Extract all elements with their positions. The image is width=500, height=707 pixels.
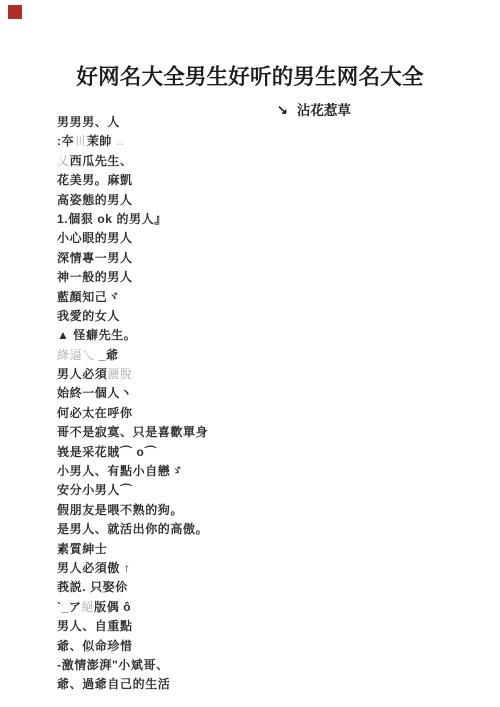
text-segment: 〣 xyxy=(74,134,87,148)
text-segment: ▲ 怪癖先生。 xyxy=(57,328,136,342)
text-segment: 假朋友是喂不熟的狗。 xyxy=(57,503,183,517)
text-line: 峩是采花賊⌒ o⌒ xyxy=(57,443,480,462)
text-segment: 男人必須傲 ↑ xyxy=(57,561,131,575)
text-line: 藍顏知己ヾ xyxy=(57,288,480,307)
text-line: 高姿態的男人 xyxy=(57,191,480,210)
text-segment: 絳逼乀 xyxy=(57,348,95,362)
text-segment: 安分小男人⌒ xyxy=(57,483,133,497)
text-segment: 男人必須 xyxy=(57,367,107,381)
text-line: `_ア絕版偶 ô xyxy=(57,598,480,617)
text-line: 神一般的男人 xyxy=(57,268,480,287)
text-segment: 深情專一男人 xyxy=(57,251,133,265)
red-watermark-square xyxy=(8,5,22,19)
text-segment: ‥ xyxy=(112,134,125,148)
text-line: 哥不是寂寞、只是喜歡單身 xyxy=(57,423,480,442)
text-segment: 乂 xyxy=(57,154,70,168)
text-segment: 絕 xyxy=(81,600,94,614)
text-segment: 始終一個人丶 xyxy=(57,386,133,400)
text-segment: 西瓜先生、 xyxy=(70,154,133,168)
text-line: 男人必須灑脫 xyxy=(57,365,480,384)
text-segment: _爺 xyxy=(95,348,119,362)
text-segment: 男人、自重點 xyxy=(57,619,133,633)
text-line: 小心眼的男人 xyxy=(57,229,480,248)
text-segment: 高姿態的男人 xyxy=(57,193,133,207)
text-line: 花美男。麻凱 xyxy=(57,171,480,190)
text-line: 小男人、有點小自戀ゞ xyxy=(57,462,480,481)
text-segment: 是男人、就活出你的高傲。 xyxy=(57,522,208,536)
text-line: 何必太在呼你 xyxy=(57,404,480,423)
text-line: 深情專一男人 xyxy=(57,249,480,268)
text-line: 素質紳士 xyxy=(57,540,480,559)
text-line: 男人、自重點 xyxy=(57,617,480,636)
body-lines: 男男男、人:夲〣茉帥 ‥乂西瓜先生、花美男。麻凱高姿態的男人1.個狠 ok 的男… xyxy=(57,113,480,695)
text-segment: 我愛的女人 xyxy=(57,309,120,323)
text-segment: 峩是采花賊⌒ o⌒ xyxy=(57,445,157,459)
text-segment: 茉帥 xyxy=(87,134,112,148)
text-line: 男男男、人 xyxy=(57,113,480,132)
text-line: 爺、似命珍惜 xyxy=(57,637,480,656)
text-segment: 素質紳士 xyxy=(57,542,107,556)
text-segment: 花美男。麻凱 xyxy=(57,173,133,187)
text-line: 始終一個人丶 xyxy=(57,384,480,403)
text-segment: `_ア xyxy=(57,600,81,614)
text-line: 是男人、就活出你的高傲。 xyxy=(57,520,480,539)
text-line: :夲〣茉帥 ‥ xyxy=(57,132,480,151)
text-segment: 灑脫 xyxy=(107,367,132,381)
text-segment: 莪説. 只娶伱 xyxy=(57,580,128,594)
text-line: 1.個狠 ok 的男人』 xyxy=(57,210,480,229)
text-line: 絳逼乀 _爺 xyxy=(57,346,480,365)
text-line: 我愛的女人 xyxy=(57,307,480,326)
text-segment: 小男人、有點小自戀ゞ xyxy=(57,464,183,478)
text-line: ▲ 怪癖先生。 xyxy=(57,326,480,345)
text-segment: 男男男、人 xyxy=(57,115,120,129)
text-line: 安分小男人⌒ xyxy=(57,481,480,500)
text-line: 男人必須傲 ↑ xyxy=(57,559,480,578)
text-segment: -激情澎湃"小斌哥、 xyxy=(57,658,169,672)
text-segment: 1.個狠 ok 的男人』 xyxy=(57,212,167,226)
text-segment: 爺、似命珍惜 xyxy=(57,639,133,653)
text-line: 假朋友是喂不熟的狗。 xyxy=(57,501,480,520)
text-segment: 神一般的男人 xyxy=(57,270,133,284)
text-segment: 藍顏知己ヾ xyxy=(57,290,120,304)
text-segment: :夲 xyxy=(57,134,74,148)
text-segment: 何必太在呼你 xyxy=(57,406,133,420)
text-segment: 爺、過爺自己的生活 xyxy=(57,677,170,691)
text-line: -激情澎湃"小斌哥、 xyxy=(57,656,480,675)
text-line: 莪説. 只娶伱 xyxy=(57,578,480,597)
text-segment: 哥不是寂寞、只是喜歡單身 xyxy=(57,425,208,439)
document-page: 好网名大全男生好听的男生网名大全 ↘沾花惹草 男男男、人:夲〣茉帥 ‥乂西瓜先生… xyxy=(0,0,500,707)
text-line: 乂西瓜先生、 xyxy=(57,152,480,171)
text-line: 爺、過爺自己的生活 xyxy=(57,675,480,694)
text-segment: 版偶 ô xyxy=(94,600,131,614)
text-segment: 小心眼的男人 xyxy=(57,231,133,245)
page-title: 好网名大全男生好听的男生网名大全 xyxy=(0,60,500,91)
